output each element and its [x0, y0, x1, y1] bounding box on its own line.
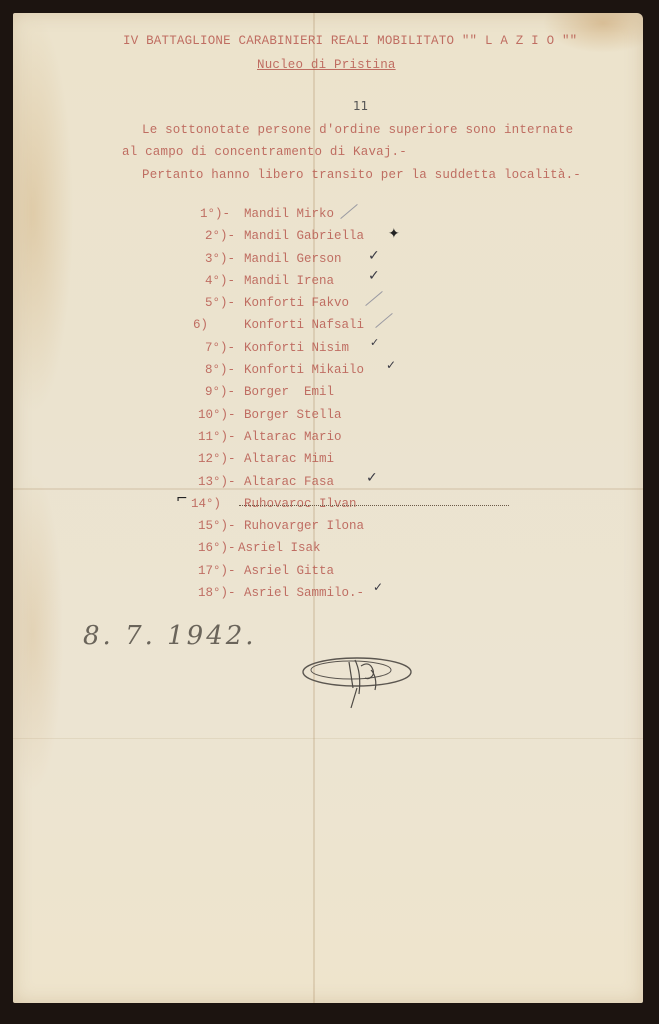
signature	[301, 648, 431, 723]
item-name: Mandil Gabriella	[244, 229, 364, 243]
item-name: Mandil Gerson	[244, 252, 342, 266]
item-name: Borger Stella	[244, 408, 342, 422]
item-number: 9°)-	[205, 385, 235, 399]
item-number: 6)	[193, 318, 208, 332]
item-number: 5°)-	[205, 296, 235, 310]
ink-blot-icon: ✦	[388, 226, 400, 242]
checkmark-icon: ✓	[370, 336, 379, 349]
margin-tick-icon: ⌐	[176, 491, 188, 507]
item-name: Asriel Isak	[238, 541, 321, 555]
checkmark-icon: ✓	[373, 580, 383, 594]
item-name: Konforti Nafsali	[244, 318, 364, 332]
item-name: Konforti Fakvo	[244, 296, 349, 310]
item-name: Mandil Irena	[244, 274, 334, 288]
checkmark-icon: ✓	[366, 470, 378, 486]
fold-crease-horizontal-lower	[13, 738, 643, 739]
item-name: Altarac Mario	[244, 430, 342, 444]
item-name: Asriel Gitta	[244, 564, 334, 578]
item-number: 12°)-	[198, 452, 236, 466]
header-subtitle: Nucleo di Pristina	[257, 58, 396, 72]
item-number: 10°)-	[198, 408, 236, 422]
item-name: Ruhovaroc Ilvan	[244, 497, 357, 511]
item-name: Konforti Nisim	[244, 341, 349, 355]
item-number: 7°)-	[205, 341, 235, 355]
item-number: 14°)	[191, 497, 221, 511]
item-number: 15°)-	[198, 519, 236, 533]
item-number: 3°)-	[205, 252, 235, 266]
item-number: 4°)-	[205, 274, 235, 288]
item-number: 17°)-	[198, 564, 236, 578]
dotted-line	[239, 505, 509, 506]
handwritten-date: 8. 7. 1942.	[83, 621, 257, 651]
item-name: Altarac Fasa	[244, 475, 334, 489]
checkmark-icon: ✓	[368, 268, 380, 284]
document-page: IV BATTAGLIONE CARABINIERI REALI MOBILIT…	[13, 13, 643, 1003]
item-number: 16°)-	[198, 541, 236, 555]
item-number: 11°)-	[198, 430, 236, 444]
margin-mark: 11	[353, 99, 368, 113]
item-number: 18°)-	[198, 586, 236, 600]
item-name: Konforti Mikailo	[244, 363, 364, 377]
item-number: 2°)-	[205, 229, 235, 243]
item-number: 13°)-	[198, 475, 236, 489]
signature-icon	[301, 648, 431, 718]
item-name: Asriel Sammilo.-	[244, 586, 364, 600]
checkmark-icon: ✓	[386, 358, 396, 372]
slash-mark-icon	[340, 204, 357, 219]
body-line-3: Pertanto hanno libero transito per la su…	[142, 168, 581, 182]
item-name: Mandil Mirko	[244, 207, 334, 221]
item-name: Altarac Mimi	[244, 452, 334, 466]
body-line-1: Le sottonotate persone d'ordine superior…	[142, 123, 573, 137]
item-name: Borger Emil	[244, 385, 334, 399]
slash-mark-icon	[365, 291, 382, 306]
item-name: Ruhovarger Ilona	[244, 519, 364, 533]
item-number: 8°)-	[205, 363, 235, 377]
header-title: IV BATTAGLIONE CARABINIERI REALI MOBILIT…	[123, 34, 577, 48]
item-number: 1°)-	[200, 207, 230, 221]
body-line-2: al campo di concentramento di Kavaj.-	[122, 145, 407, 159]
checkmark-icon: ✓	[368, 248, 380, 264]
slash-mark-icon	[375, 314, 392, 329]
